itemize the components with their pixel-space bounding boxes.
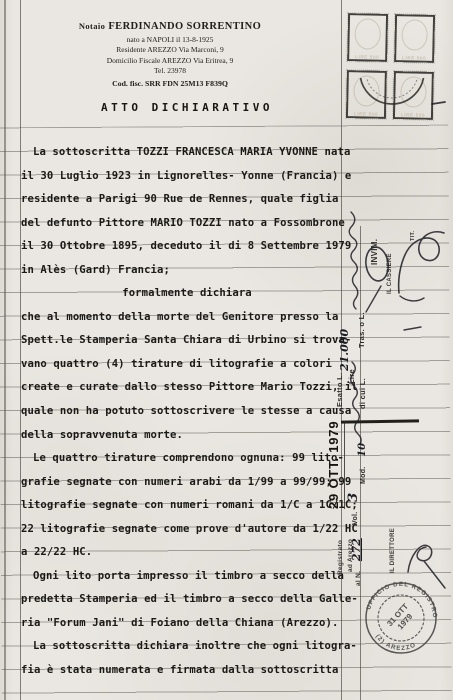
scanned-notarial-document: Notaio FERDINANDO SORRENTINO nato a NAPO… — [0, 0, 453, 700]
handwriting-squiggles — [0, 0, 453, 700]
